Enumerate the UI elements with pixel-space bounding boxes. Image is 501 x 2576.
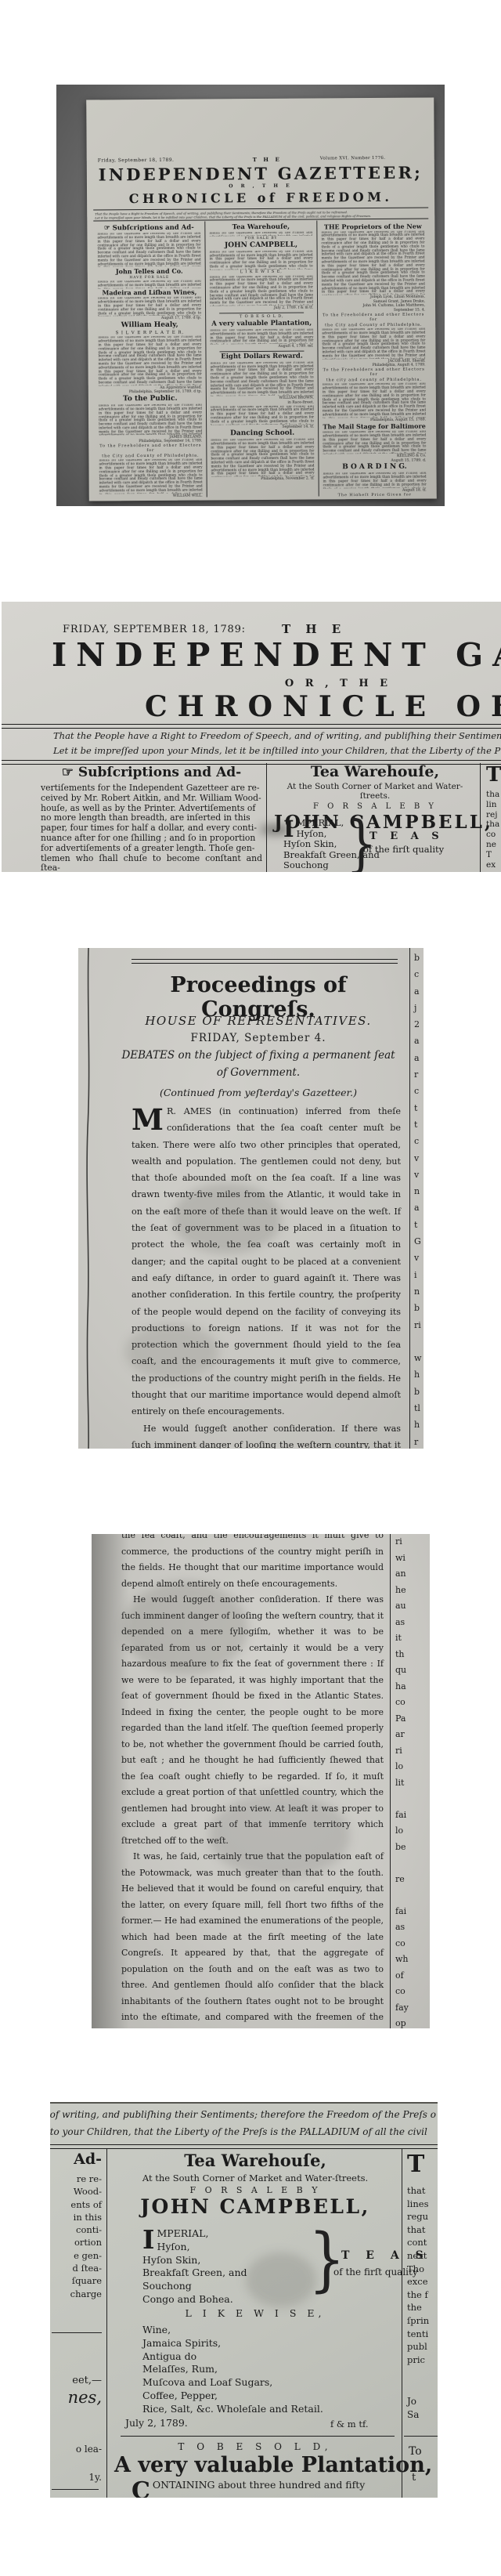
ad-date-code: f & m tf. <box>330 2419 369 2429</box>
thumb-headline: The Higheſt Price Given for <box>323 493 427 496</box>
thumb-text-block: ments for the Gazetteer are received by … <box>322 328 425 359</box>
the-label: T H E <box>282 622 346 636</box>
thumb-headline: the City and County of Philadelphia. <box>99 454 202 459</box>
thumb-headline: THE Proprietors of the New <box>321 223 424 230</box>
debate-body-text: the ſea coaſt, and the encouragements it… <box>121 1534 384 2028</box>
containing-text: ONTAINING about three hundred and fifty <box>153 2479 365 2491</box>
thumb-headline: To the Freeholders and other Electors fo… <box>322 313 425 323</box>
fragment-big-T: T <box>486 763 501 787</box>
column-rule <box>390 1534 391 2028</box>
thumb-headline: the city and county of Philadelphia. <box>323 378 426 383</box>
continued-note: (Continued from yeſterday's Gazetteer.) <box>102 1087 415 1098</box>
fragment-lines: tha lin rej tha co ne T ex <box>486 790 501 870</box>
thumb-text-block: ments for the Gazetteer are received by … <box>210 250 313 270</box>
thumb-byline: Auguſt 18. tf. <box>323 488 427 493</box>
thumb-text-block: ments for the Gazetteer are received by … <box>321 230 425 295</box>
thumb-text-block: ments for the Gazetteer are received by … <box>98 280 201 289</box>
thumb-motto-line2: Let it be impreſſed upon your Minds, let… <box>95 214 371 219</box>
column-rule <box>106 2149 107 2498</box>
thumb-text-block: ments for the Gazetteer are received by … <box>209 232 312 237</box>
newspaper-scan-page: Friday, September 18, 1789. T H E Volume… <box>0 0 501 2576</box>
thumb-byline: July 2, 1789. f & m tf. <box>210 306 313 311</box>
fragment-to: To <box>409 2445 422 2458</box>
full-page-photo: Friday, September 18, 1789. T H E Volume… <box>56 85 445 506</box>
subscriptions-column: ☞ Subſcriptions and Ad- vertiſements for… <box>41 765 262 872</box>
fragment-lines: that lines regu that cont next Tho exce … <box>407 2184 438 2366</box>
double-rule <box>2 724 501 729</box>
thumb-byline: Philadelphia, Auguſt 15, 1789. <box>323 418 426 422</box>
tea-list: IMPERIAL, Hyſon, Hyſon Skin, Breakfaſt G… <box>142 2227 283 2306</box>
right-column-rule <box>404 2436 438 2437</box>
ad-date: July 2, 1789. <box>125 2417 188 2429</box>
for-sale-by-label: F O R S A L E B Y <box>114 2185 396 2195</box>
double-rule <box>132 959 398 964</box>
thumb-headline: To the Freeholders and other Electors fo… <box>323 368 426 378</box>
thumb-headline: L I K E W I S E, <box>210 270 313 275</box>
dateline: FRIDAY, SEPTEMBER 18, 1789: <box>63 624 246 635</box>
masthead-crop: FRIDAY, SEPTEMBER 18, 1789: T H E INDEPE… <box>2 602 501 872</box>
thumb-masthead-subtitle: CHRONICLE of FREEDOM. <box>87 189 434 206</box>
thumb-text-block: ments for the Gazetteer are received by … <box>211 405 314 425</box>
thumb-byline: Philadelphia, November 2. tf. <box>211 477 315 482</box>
thumb-rule <box>219 350 304 352</box>
dropcap-I: I <box>283 819 294 839</box>
thumb-byline: Philadelphia, September 14, 1789. <box>99 440 202 444</box>
cut-column-fragments: ri wi an he au as it th qu ha co Pa ar r… <box>395 1534 413 2028</box>
thumb-headline: To the Public. <box>99 395 202 403</box>
thumb-headline: Dancing School. <box>211 430 314 439</box>
thumb-dateline: Friday, September 18, 1789. <box>98 157 175 164</box>
thumb-headline: B O A R D I N G. <box>323 464 426 472</box>
thumb-byline: in Race-ſtreet. <box>211 400 314 405</box>
subscriptions-body: vertiſements for the Independent Gazette… <box>41 783 262 872</box>
containing-line: CONTAINING about three hundred and fifty <box>132 2479 390 2498</box>
plantation-headline: A very valuable Plantation, <box>114 2453 402 2477</box>
thumb-motto: That the People have a Right to Freedom … <box>93 208 428 222</box>
teas-quality-label: of the firſt quality <box>333 2267 418 2278</box>
fragment-nes: nes, <box>50 2388 102 2407</box>
subscriptions-heading: ☞ Subſcriptions and Ad- <box>41 765 262 780</box>
newspaper-page: Friday, September 18, 1789. T H E Volume… <box>86 97 437 501</box>
left-column-rule <box>52 2332 102 2333</box>
cut-column-fragments: T tha lin rej tha co ne T ex <box>486 763 501 870</box>
dropcap-C: C <box>132 2480 150 2498</box>
paragraph-suggest: He would ſuggeſt another conſideration. … <box>121 1592 384 1849</box>
thumb-byline: September 14. tf. <box>211 425 314 429</box>
thumb-column-3: THE Proprietors of the Newments for the … <box>316 220 430 497</box>
fragment-olea: o lea- <box>50 2444 102 2455</box>
brace-glyph: } <box>308 2219 345 2299</box>
tea-warehouse-address: At the South Corner of Market and Water-… <box>274 782 476 801</box>
debates-subject-line2: of Government. <box>102 1066 415 1079</box>
thumb-text-block: ments for the Gazetteer are received by … <box>210 275 313 306</box>
thumb-text-block: ments for the Gazetteer are received by … <box>97 233 200 267</box>
thumb-headline: Tea Warehouſe, <box>209 223 312 231</box>
thumb-text-block: ments for the Gazetteer are received by … <box>211 439 314 477</box>
thumb-byline: Auguſt 17, 1789. d tp. <box>98 317 201 321</box>
thumb-volume-number: Volume XVI. Number 1776. <box>320 156 386 161</box>
thumb-headline: HAVE FOR SALE <box>98 276 201 280</box>
thumb-text-block: ments for the Gazetteer are received by … <box>210 328 313 344</box>
dropcap-M: M <box>132 1105 164 1134</box>
teas-label: T E A S <box>369 830 444 842</box>
fragment-lines: re re- Wood- ents of in this conti- orti… <box>50 2173 102 2300</box>
thumb-byline: Auguſt 15, 1789. d. <box>323 458 426 463</box>
column-rule <box>402 2149 402 2498</box>
ames-paragraph: R. AMES (in continuation) inferred from … <box>132 1106 401 1416</box>
thumb-headline: ☞ Subſcriptions and Ad- <box>97 224 200 232</box>
cut-column-fragments: b c a j 2 a a r c t t c v v n a t G v i … <box>414 950 424 1449</box>
thumb-headline: A very valuable Plantation, <box>210 320 313 328</box>
thumb-headline: John Telles and Co. <box>98 267 201 275</box>
page-fold-line <box>85 948 92 1449</box>
likewise-label: L I K E W I S E, <box>114 2307 396 2319</box>
thumb-column-2: Tea Warehouſe,ments for the Gazetteer ar… <box>204 221 318 497</box>
column-rule <box>266 763 267 872</box>
fragment-1y: 1y. <box>50 2472 102 2483</box>
motto-fragment-line1: l of writing, and publiſhing their Senti… <box>50 2109 436 2120</box>
house-of-representatives-label: HOUSE OF REPRESENTATIVES. <box>110 1014 407 1028</box>
proceedings-crop: Proceedings of Congreſs. HOUSE OF REPRES… <box>78 948 424 1449</box>
left-bottom-rule <box>52 2489 99 2490</box>
motto-line1: That the People have a Right to Freedom … <box>53 730 501 741</box>
column-rule <box>409 948 410 1449</box>
thumb-text-block: ments for the Gazetteer are received by … <box>323 472 427 488</box>
to-be-sold-label: T O B E S O L D, <box>114 2441 396 2452</box>
tea-list-items: MPERIAL, Hyſon, Hyſon Skin, Breakfaſt Gr… <box>142 2227 247 2305</box>
thumb-text-block: ments for the Gazetteer are received by … <box>98 336 201 385</box>
thumb-byline: September 15. 4. <box>322 309 425 313</box>
thumb-headline: S I L V E R P L A T E R, <box>98 331 201 336</box>
masthead-title: INDEPENDENT GAZETTEER; <box>52 636 501 674</box>
thumb-text-block: ments for the Gazetteer are received by … <box>99 404 202 435</box>
debates-subject-line1: DEBATES on the ſubject of fixing a perma… <box>102 1049 415 1062</box>
thumb-byline: Philadelphia, Auguſt 4, 1789. <box>323 364 426 368</box>
thumb-byline: Auguſt 4, 1789. mf. <box>210 345 313 349</box>
tea-warehouse-crop: l of writing, and publiſhing their Senti… <box>50 2102 438 2498</box>
second-paragraph: He would ſuggeſt another conſideration. … <box>132 1420 401 1449</box>
paragraph-continued: the ſea coaſt, and the encouragements it… <box>121 1534 384 1592</box>
cut-left-column: Ad- re re- Wood- ents of in this conti- … <box>50 2151 102 2300</box>
fragment-t: t <box>412 2472 416 2484</box>
thumb-byline: WILLIAM WILL. <box>99 494 203 497</box>
tea-warehouse-heading: Tea Warehouſe, <box>274 763 476 780</box>
double-rule <box>50 2144 438 2149</box>
fragment-jo-sa: Jo Sa <box>407 2395 419 2422</box>
tea-warehouse-ad: Tea Warehouſe, At the South Corner of Ma… <box>114 2151 396 2218</box>
thumb-headline: The Mail Stage for Baltimore <box>323 423 426 431</box>
motto-fragment-line2: nto your Children, that the Liberty of t… <box>50 2126 427 2137</box>
thumb-headline: Eight Dollars Reward. <box>210 353 313 361</box>
thumb-headline: Madeira and Liſban Wines, <box>98 289 201 297</box>
or-the-label: O R , T H E <box>260 678 416 689</box>
session-date: FRIDAY, September 4. <box>110 1032 407 1044</box>
teas-quality-label: of the firſt quality <box>363 844 444 855</box>
debate-text-crop: the ſea coaſt, and the encouragements it… <box>92 1534 430 2028</box>
fragment-big-T: T <box>407 2151 438 2178</box>
dropcap-I: I <box>142 2228 154 2252</box>
thumb-columns: ☞ Subſcriptions and Ad-ments for the Gaz… <box>93 220 430 498</box>
thumb-text-block: ments for the Gazetteer are received by … <box>98 297 201 317</box>
fragment-ad: Ad- <box>50 2151 102 2168</box>
thumb-text-block: ments for the Gazetteer are received by … <box>99 459 202 494</box>
column-rule <box>480 763 481 872</box>
thumb-headline: To the Freeholders and other Electors fo… <box>99 444 202 454</box>
thumb-rule <box>219 312 304 313</box>
masthead-subtitle: CHRONICLE OF FREEDOM. <box>145 690 501 723</box>
thumb-masthead-title: INDEPENDENT GAZETTEER; <box>87 162 434 184</box>
section-rule <box>121 2436 395 2437</box>
thumb-byline: Philadelphia, September 16, 1789. d tp. <box>99 390 202 395</box>
paragraph-population: It was, he ſaid, certainly true that the… <box>121 1849 384 2028</box>
fragment-eet: eet,— <box>50 2375 102 2386</box>
debate-body-text: MR. AMES (in continuation) inferred from… <box>132 1103 401 1449</box>
goods-list: Wine, Jamaica Spirits, Antigua do Melaſſ… <box>142 2324 401 2416</box>
thumb-the: T H E <box>253 156 282 163</box>
cut-right-column: T that lines regu that cont next Tho exc… <box>407 2151 438 2366</box>
thumb-column-1: ☞ Subſcriptions and Ad-ments for the Gaz… <box>93 222 206 498</box>
thumb-headline: JOHN CAMPBELL, <box>209 241 312 250</box>
motto-line2: Let it be impreſſed upon your Minds, let… <box>53 745 501 756</box>
tea-warehouse-address: At the South Corner of Market and Water-… <box>114 2173 396 2183</box>
john-campbell-name: JOHN CAMPBELL, <box>114 2195 396 2218</box>
thumb-headline: William Healy, <box>98 321 201 330</box>
thumb-text-block: ments for the Gazetteer are received by … <box>211 361 314 396</box>
thumb-text-block: ments for the Gazetteer are received by … <box>323 431 426 454</box>
thumb-text-block: ments for the Gazetteer are received by … <box>323 383 426 418</box>
thumb-headline: the City and County of Philadelphia. <box>322 323 425 328</box>
tea-warehouse-heading: Tea Warehouſe, <box>114 2151 396 2170</box>
